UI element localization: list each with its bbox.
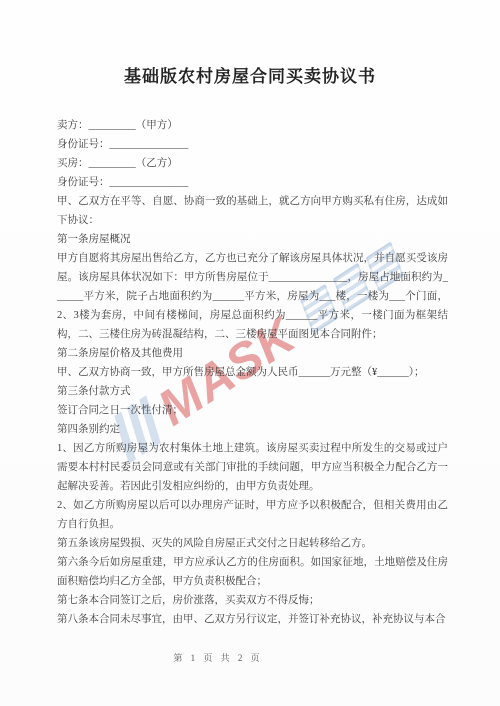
clause-1-text: 甲方自愿将其房屋出售给乙方，乙方也已充分了解该房屋具体状况，并自愿买受该房屋。该… [57, 249, 448, 344]
clause-2-text: 甲、乙双方协商一致，甲方所售房屋总金额为人民币______万元整（¥______… [57, 363, 448, 382]
clause-8-text: 第八条本合同未尽事宜，由甲、乙双方另行议定，并签订补充协议，补充协议与本合 [57, 610, 448, 629]
document-page: MASK 基础版农村房屋合同买卖协议书 卖方：_________（甲方） 身份证… [0, 0, 500, 706]
seller-id-line: 身份证号：_______________ [57, 135, 448, 154]
clause-4-item-2: 2、如乙方所购房屋以后可以办理房产证时，甲方应予以积极配合，但相关费用由乙方自行… [57, 496, 448, 534]
clause-3-text: 签订合同之日一次性付清； [57, 401, 448, 420]
seller-line: 卖方：_________（甲方） [57, 116, 448, 135]
document-title: 基础版农村房屋合同买卖协议书 [0, 62, 500, 87]
preamble: 甲、乙双方在平等、自愿、协商一致的基础上，就乙方向甲方购买私有住房，达成如下协议… [57, 192, 448, 230]
clause-3-heading: 第三条付款方式 [57, 382, 448, 401]
clause-7-text: 第七条本合同签订之后，房价涨落，买卖双方不得反悔； [57, 591, 448, 610]
page-number-footer: 第 1 页 共 2 页 [0, 651, 436, 664]
buyer-id-line: 身份证号：_______________ [57, 173, 448, 192]
buyer-line: 买房：_________（乙方） [57, 154, 448, 173]
clause-4-item-1: 1、因乙方所购房屋为农村集体土地上建筑。该房屋买卖过程中所发生的交易或过户需要本… [57, 439, 448, 496]
clause-1-heading: 第一条房屋概况 [57, 230, 448, 249]
clause-2-heading: 第二条房屋价格及其他费用 [57, 344, 448, 363]
clause-6-text: 第六条今后如房屋重建，甲方应承认乙方的住房面积。如国家征地，土地赔偿及住房面积赔… [57, 553, 448, 591]
contract-body: 卖方：_________（甲方） 身份证号：_______________ 买房… [57, 116, 448, 629]
clause-4-heading: 第四条别约定 [57, 420, 448, 439]
clause-5-text: 第五条该房屋毁损、灭失的风险自房屋正式交付之日起转移给乙方。 [57, 534, 448, 553]
